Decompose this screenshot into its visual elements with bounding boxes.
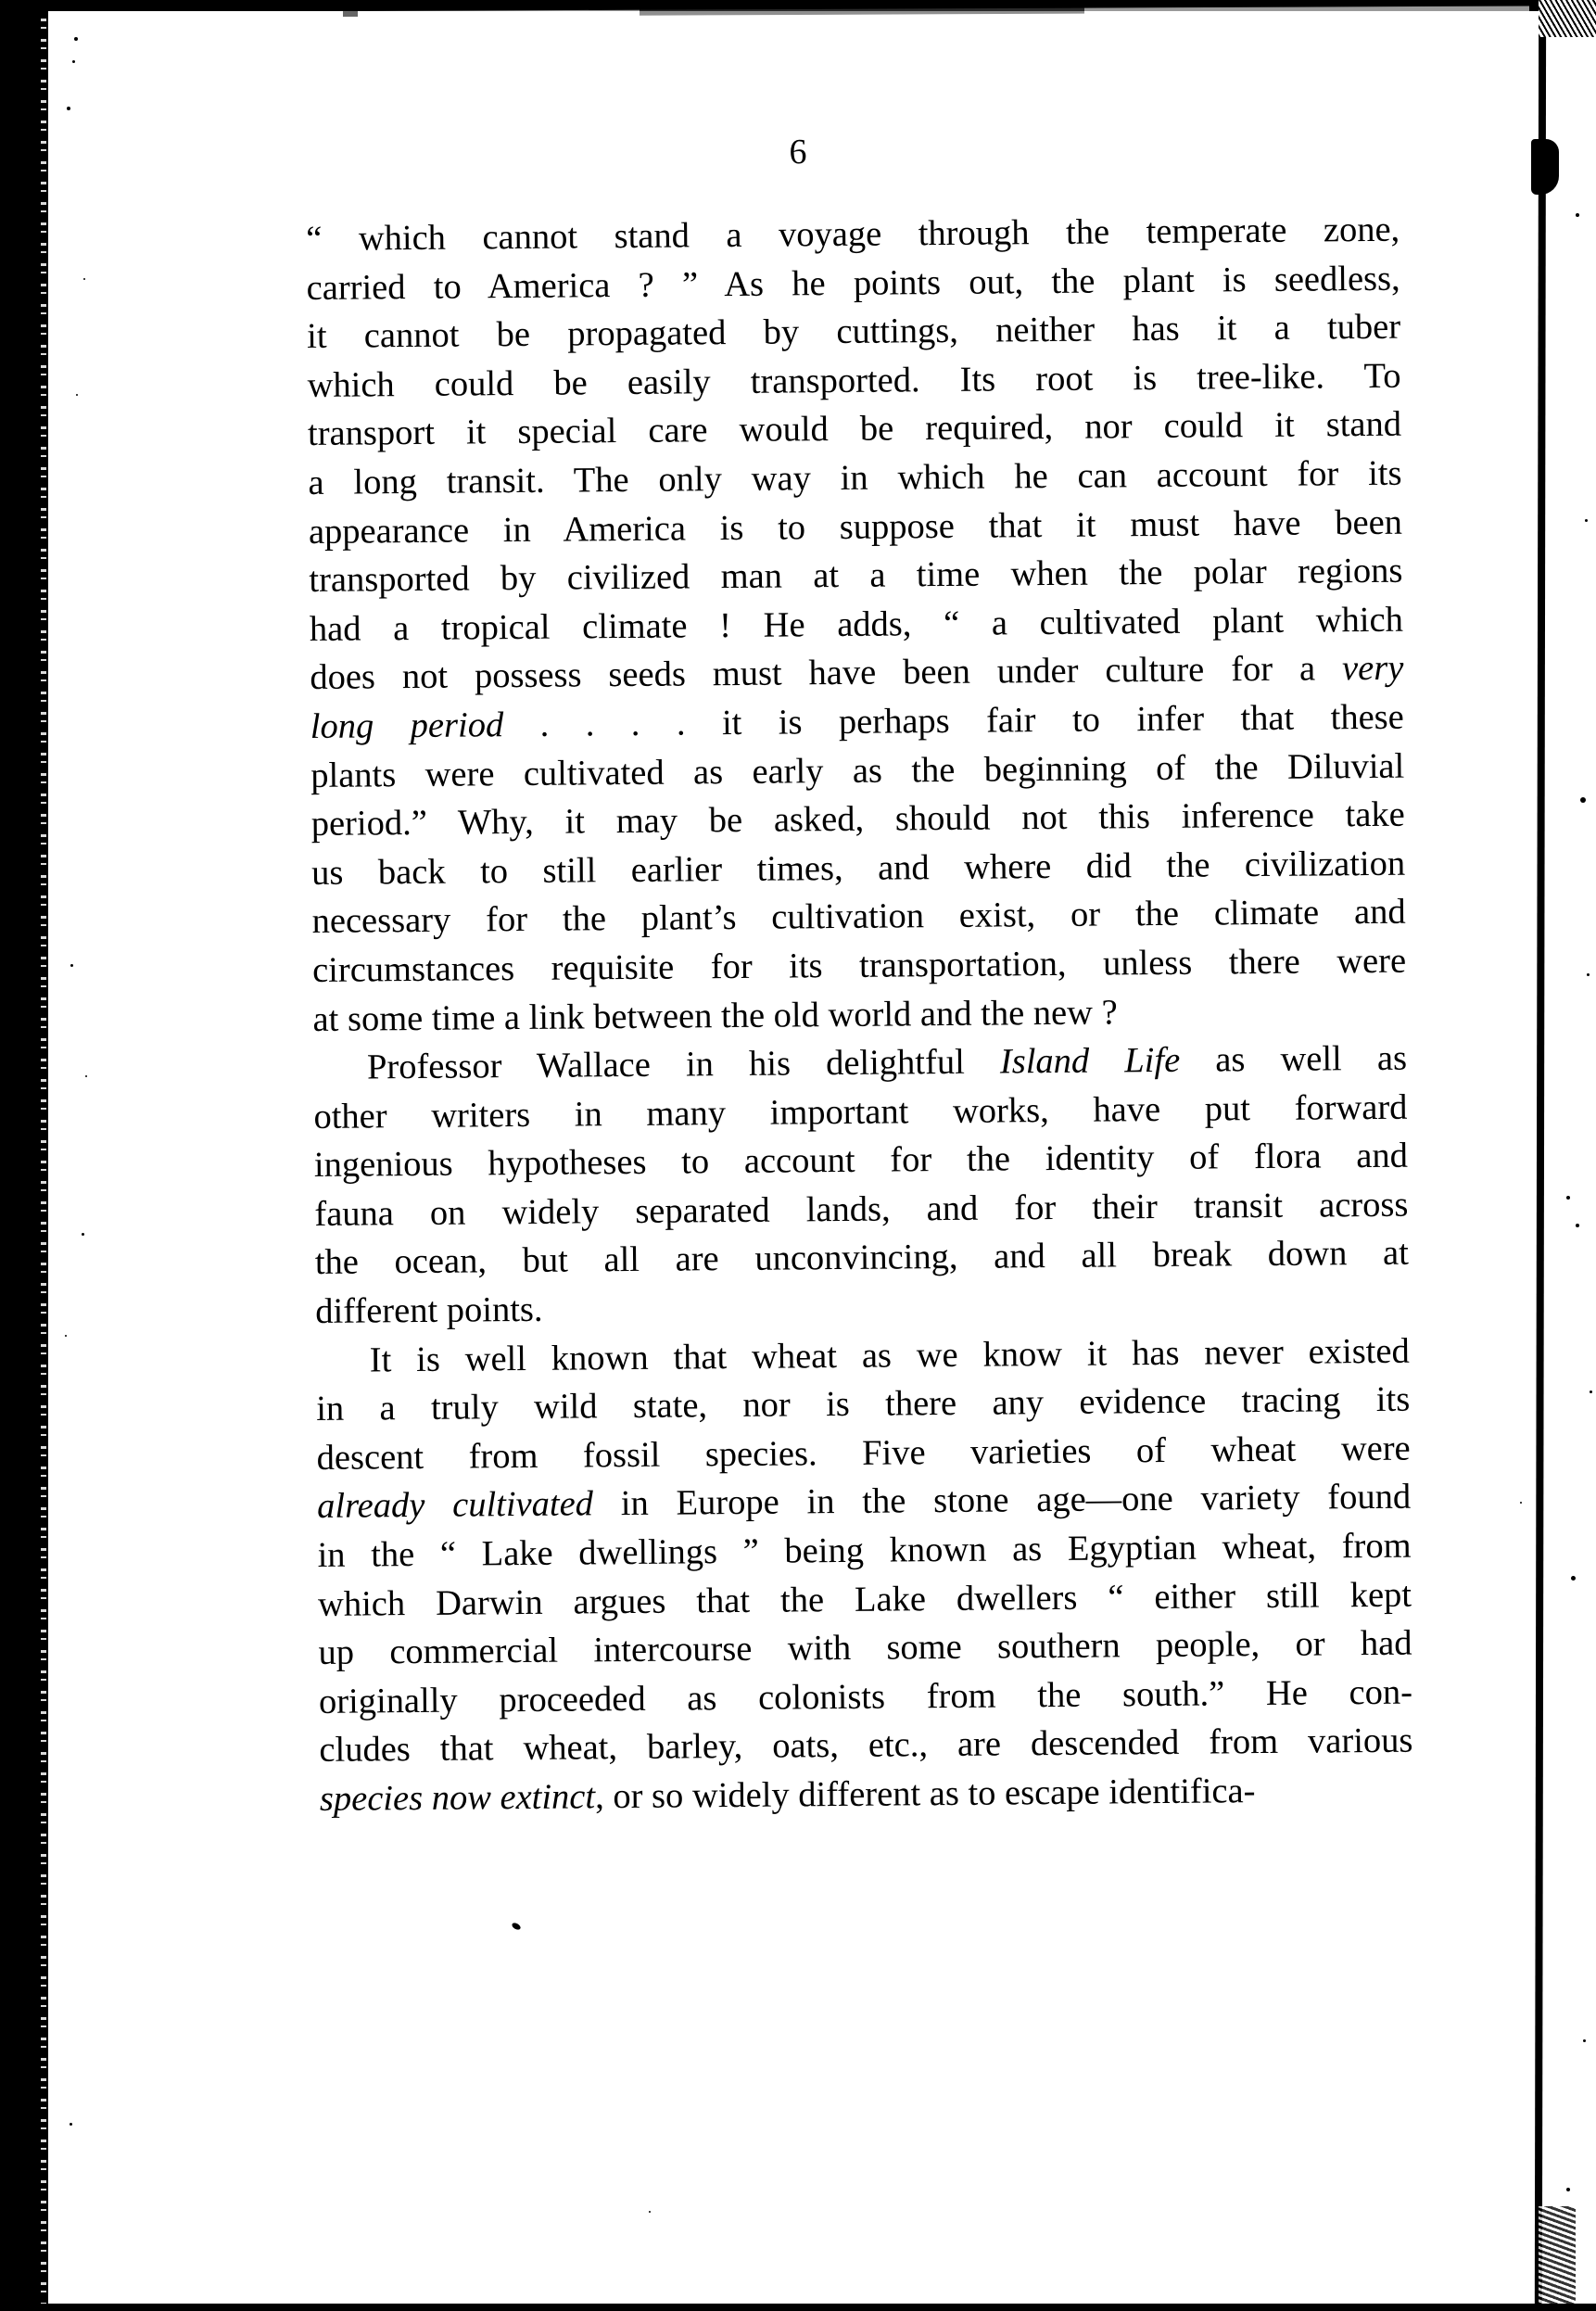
text-run: necessary for the plant’s cultivation ex… [311,893,1405,941]
scan-speck [1571,1576,1576,1581]
text-line: circumstances requisite for its transpor… [312,937,1406,996]
text-run: us back to still earlier times, and wher… [311,844,1405,892]
italic-text: very [1342,649,1404,689]
text-run: in a truly wild state, nor is there any … [316,1380,1410,1429]
text-run: up commercial intercourse with some sout… [318,1624,1412,1672]
scan-speck [1566,2188,1570,2191]
text-run: transported by civilized man at a time w… [309,552,1402,600]
scan-speck [1576,213,1579,217]
scan-speck [82,1233,84,1236]
text-line: species now extinct, or so widely differ… [320,1766,1413,1824]
text-run: different points. [315,1290,543,1331]
text-line: a long transit. The only way in which he… [308,450,1401,508]
paragraph: “ which cannot stand a voyage through th… [306,206,1407,1044]
text-run: it cannot be propagated by cuttings, nei… [307,308,1400,356]
text-line: the ocean, but all are unconvincing, and… [315,1229,1409,1288]
scan-speck [1520,1502,1522,1504]
text-run: which Darwin argues that the Lake dwelle… [318,1575,1412,1623]
scan-speck [1587,973,1590,976]
scan-border-bottom [0,2304,1596,2311]
scan-speck [1576,1224,1579,1227]
text-line: “ which cannot stand a voyage through th… [306,206,1400,264]
text-line: long period . . . . it is perhaps fair t… [310,693,1404,752]
text-line: in the “ Lake dwellings ” being known as… [317,1522,1411,1581]
scan-border-right-top-noise [1539,0,1596,37]
scan-speck [70,2123,72,2126]
scan-border-left-edge [41,19,46,2311]
paragraph: Professor Wallace in his delightful Isla… [313,1035,1410,1337]
text-run: It is well known that wheat as we know i… [370,1331,1410,1379]
scan-speck [65,1335,67,1337]
text-run: in Europe in the stone age—one variety f… [593,1478,1412,1524]
text-run: period.” Why, it may be asked, should no… [311,795,1405,844]
scan-speck [85,1075,87,1077]
italic-text: species now extinct [320,1777,596,1819]
scan-speck [70,964,73,967]
paragraph: It is well known that wheat as we know i… [316,1327,1414,1823]
scan-speck [1566,1196,1570,1200]
scan-border-right-bottom-noise [1539,2206,1576,2311]
scanned-page: 6 “ which cannot stand a voyage through … [0,0,1596,2311]
page-body-text: “ which cannot stand a voyage through th… [306,206,1413,1824]
scan-speck [74,37,78,41]
scan-speck [1585,519,1588,522]
text-run: , or so widely different as to escape id… [595,1771,1256,1816]
text-run: circumstances requisite for its transpor… [312,942,1406,990]
text-run: ingenious hypotheses to account for the … [314,1136,1408,1185]
italic-text: long period [310,705,504,746]
text-run: in the “ Lake dwellings ” being known as… [317,1527,1411,1575]
scan-speck [76,394,78,396]
text-run: . . . . it is perhaps fair to infer that… [503,698,1404,744]
scan-border-right [1535,0,1546,2311]
page-number: 6 [0,132,1596,172]
text-run: the ocean, but all are unconvincing, and… [315,1234,1409,1282]
text-run: descent from fossil species. Five variet… [317,1429,1411,1477]
text-run: originally proceeded as colonists from t… [319,1672,1412,1721]
text-run: a long transit. The only way in which he… [308,454,1401,502]
scan-speck [67,107,70,110]
text-run: cludes that wheat, barley, oats, etc., a… [319,1721,1412,1770]
scan-speck [1580,797,1586,803]
italic-text: Island Life [1000,1041,1181,1082]
italic-text: already cultivated [317,1485,593,1527]
text-run: other writers in many important works, h… [313,1087,1407,1136]
ink-mark [511,1922,522,1931]
text-run: fauna on widely separated lands, and for… [314,1186,1408,1234]
text-run: at some time a link between the old worl… [312,993,1117,1039]
text-run: Professor Wallace in his delightful [367,1043,1000,1087]
text-run: does not possess seeds must have been un… [310,650,1342,698]
text-run: transport it special care would be requi… [308,405,1401,453]
text-run: which could be easily transported. Its r… [307,356,1400,404]
scan-speck [649,2211,651,2213]
scan-speck [1583,2039,1586,2042]
text-run: appearance in America is to suppose that… [309,502,1402,551]
text-run: plants were cultivated as early as the b… [310,746,1404,794]
text-run: carried to America ? ” As he points out,… [307,259,1400,307]
text-run: “ which cannot stand a voyage through th… [306,210,1400,259]
scan-speck [1590,1390,1592,1393]
scan-speck [72,60,75,63]
scan-speck [83,278,85,280]
text-run: had a tropical climate ! He adds, “ a cu… [310,600,1403,648]
text-run: as well as [1180,1039,1407,1080]
